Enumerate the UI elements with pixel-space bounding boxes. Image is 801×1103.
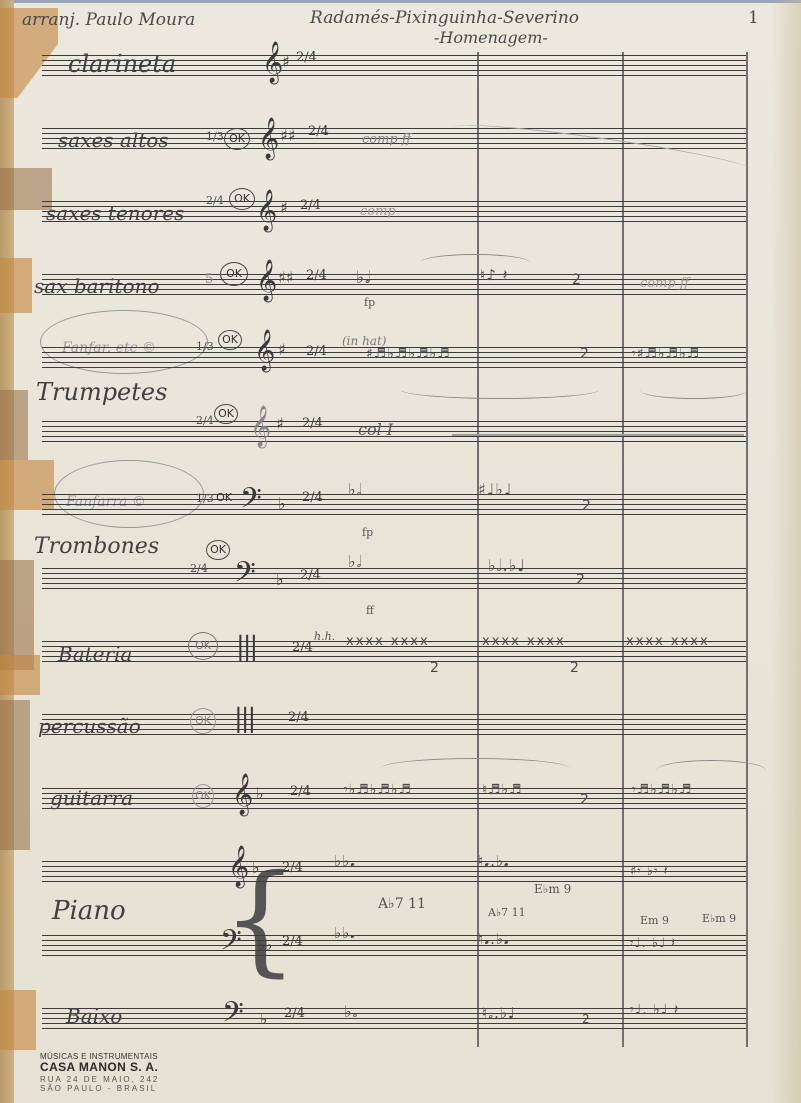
time-signature: 2/4 bbox=[300, 198, 321, 213]
key-signature: ♭ bbox=[256, 784, 264, 803]
instrument-label: saxes altos bbox=[58, 128, 169, 152]
publisher-name: CASA MANON S. A. bbox=[40, 1061, 159, 1075]
bass-clef-icon: 𝄢 bbox=[240, 482, 262, 522]
key-signature: ♯ bbox=[280, 198, 288, 217]
final-barline bbox=[746, 52, 748, 1047]
chord-symbol: A♭7 11 bbox=[488, 906, 526, 919]
ok-check-mark: OK bbox=[188, 632, 218, 660]
dynamic-marking: comp ff bbox=[362, 132, 411, 147]
continuation-line bbox=[452, 434, 744, 436]
instrument-label: Trumpetes bbox=[36, 378, 167, 406]
scan-border bbox=[0, 0, 801, 3]
time-signature: 2/4 bbox=[290, 784, 311, 799]
time-signature: 2/4 bbox=[292, 640, 313, 655]
ok-check-mark: OK bbox=[214, 490, 234, 506]
chord-symbol: Em 9 bbox=[640, 914, 669, 927]
instrument-label: Trombones bbox=[34, 534, 159, 559]
key-signature: ♭ bbox=[276, 570, 284, 589]
treble-clef-icon: 𝄞 bbox=[258, 118, 279, 160]
instrument-label: saxes tenores bbox=[46, 201, 184, 225]
instrument-label: guitarra bbox=[50, 786, 133, 810]
chord: ♯♩♭♩ bbox=[478, 480, 512, 499]
chord: ♭𝅗𝅥 bbox=[348, 480, 363, 500]
staff-percussao bbox=[42, 714, 746, 736]
key-signature: ♭ bbox=[252, 858, 260, 877]
slur bbox=[656, 760, 766, 781]
notes-run: ♯♬♭♬♭♬♭♬ bbox=[366, 346, 451, 362]
dynamic-marking: comp ff bbox=[640, 276, 689, 291]
chord: ♭𝅗𝅥 bbox=[348, 552, 363, 572]
treble-clef-icon: 𝄞 bbox=[250, 406, 271, 448]
slur bbox=[640, 382, 748, 399]
chord-symbol: E♭m 9 bbox=[534, 882, 571, 896]
staff-trumpete-2 bbox=[42, 421, 746, 443]
staff-trombone-2 bbox=[42, 568, 746, 590]
half-rest: 2 bbox=[580, 792, 590, 808]
publisher-imprint: MÚSICAS E INSTRUMENTAIS CASA MANON S. A.… bbox=[40, 1052, 159, 1093]
player-numbers: 2/4 bbox=[206, 194, 224, 207]
time-signature: 2/4 bbox=[296, 50, 317, 65]
notes-run: 𝄾♯♬♭♬♭♬ bbox=[632, 346, 700, 362]
hihat-pattern: xxxx xxxx bbox=[482, 634, 566, 649]
half-rest: 2 bbox=[582, 1012, 591, 1026]
time-signature: 2/4 bbox=[300, 568, 321, 583]
key-signature: ♯♯ bbox=[280, 126, 295, 145]
instrument-label: Piano bbox=[52, 896, 126, 926]
instrument-label: sax baritono bbox=[34, 274, 160, 298]
binding-edge bbox=[0, 0, 14, 1103]
time-signature: 2/4 bbox=[302, 416, 323, 431]
ok-check-mark: OK bbox=[214, 404, 238, 424]
dynamic-marking: comp bbox=[360, 204, 396, 219]
dynamic-marking: fp bbox=[364, 296, 375, 309]
key-signature: ♯♯ bbox=[278, 268, 293, 287]
tape-strip bbox=[0, 390, 28, 460]
time-signature: 2/4 bbox=[306, 344, 327, 359]
notes: ♮♪ 𝄽 bbox=[480, 266, 508, 284]
percussion-clef-icon: ||| bbox=[234, 704, 254, 734]
note: ♭𝅗 bbox=[344, 1002, 359, 1022]
bass-clef-icon: 𝄢 bbox=[220, 924, 242, 964]
score-page: arranj. Paulo Moura Radamés-Pixinguinha-… bbox=[0, 0, 801, 1103]
chord: ♮𝅘.♭𝅘 bbox=[478, 852, 510, 870]
half-rest: 2 bbox=[580, 346, 590, 362]
half-rest: 2 bbox=[576, 572, 586, 588]
notes: ♭𝅗𝅥 bbox=[356, 268, 371, 288]
tape-strip bbox=[0, 655, 40, 695]
key-signature: ♯ bbox=[282, 52, 290, 71]
time-signature: 2/4 bbox=[302, 490, 323, 505]
key-signature: ♭ bbox=[260, 1010, 267, 1028]
ok-check-mark: OK bbox=[190, 708, 216, 734]
treble-clef-icon: 𝄞 bbox=[254, 330, 275, 372]
tape-strip bbox=[0, 700, 30, 850]
page-edge-shadow bbox=[771, 0, 801, 1103]
chord-symbol: A♭7 11 bbox=[378, 896, 426, 912]
time-signature: 2/4 bbox=[306, 268, 327, 283]
instrument-label: percussão bbox=[38, 714, 141, 738]
instrument-label: clarineta bbox=[68, 50, 176, 78]
treble-clef-icon: 𝄞 bbox=[256, 190, 277, 232]
player-numbers: 5 bbox=[205, 272, 213, 287]
ok-check-mark: OK bbox=[206, 540, 230, 560]
notes-run: 𝄾♬♭♬♭♬ bbox=[632, 782, 693, 798]
time-signature: 2/4 bbox=[282, 934, 303, 949]
tape-strip bbox=[0, 258, 32, 313]
piece-subtitle: -Homenagem- bbox=[434, 28, 548, 47]
page-number: 1 bbox=[748, 8, 759, 28]
time-signature: 2/4 bbox=[288, 710, 309, 725]
slur bbox=[420, 254, 530, 271]
half-rest: 2 bbox=[582, 498, 592, 514]
chord: ♯𝄾 ♭𝄾 𝄽 bbox=[630, 864, 669, 879]
percussion-clef-icon: ||| bbox=[236, 632, 256, 662]
ok-check-mark: OK bbox=[220, 262, 248, 286]
hihat-pattern: xxxx xxxx bbox=[626, 634, 710, 649]
chord: ♮𝅘.♭𝅘 bbox=[478, 930, 510, 948]
publisher-city: SÃO PAULO - BRASIL bbox=[40, 1084, 159, 1093]
chord: ♭♭𝅘 bbox=[334, 924, 356, 942]
hihat-pattern: xxxx xxxx bbox=[346, 634, 430, 649]
key-signature: ♭ bbox=[278, 494, 286, 513]
col-marking: col I bbox=[358, 420, 393, 439]
chord-symbol: E♭m 9 bbox=[702, 912, 736, 925]
notes: 𝄾♩. ♭♩ 𝄽 bbox=[630, 1002, 679, 1018]
notes-run: 𝄾♭♬♭♬♭♬ bbox=[344, 782, 412, 798]
ok-check-mark: OK bbox=[229, 188, 255, 210]
tape-strip bbox=[0, 990, 36, 1050]
half-rest: 2 bbox=[572, 272, 582, 288]
ok-check-mark: OK bbox=[224, 128, 250, 150]
chord: ♭♭𝅘 bbox=[334, 852, 356, 870]
dynamic-marking: fp bbox=[362, 526, 373, 539]
player-numbers: 1/3 bbox=[206, 130, 224, 143]
arranger-credit: arranj. Paulo Moura bbox=[22, 10, 195, 30]
ok-check-mark: OK bbox=[192, 784, 214, 808]
time-signature: 2/4 bbox=[284, 1006, 305, 1021]
treble-clef-icon: 𝄞 bbox=[228, 846, 249, 888]
bass-clef-icon: 𝄢 bbox=[222, 996, 244, 1036]
notes: ♮𝅗.♭♩ bbox=[482, 1004, 516, 1022]
instrument-label: Baixo bbox=[66, 1004, 122, 1028]
dynamic-marking: ff bbox=[366, 604, 374, 617]
key-signature: ♯ bbox=[276, 414, 284, 433]
instrument-label: Bateria bbox=[58, 642, 132, 666]
treble-clef-icon: 𝄞 bbox=[256, 260, 277, 302]
treble-clef-icon: 𝄞 bbox=[262, 42, 283, 84]
time-signature: 2/4 bbox=[282, 860, 303, 875]
key-signature: ♯ bbox=[278, 340, 286, 359]
bass-clef-icon: 𝄢 bbox=[234, 556, 256, 596]
chord: ♭𝅗𝅥.♭♩ bbox=[488, 556, 526, 576]
publisher-address: RUA 24 DE MAIO, 242 bbox=[40, 1075, 159, 1084]
treble-clef-icon: 𝄞 bbox=[232, 774, 253, 816]
time-signature: 2/4 bbox=[308, 124, 329, 139]
player-numbers: 2/4 bbox=[196, 414, 214, 427]
key-signature: ♭♭ bbox=[258, 936, 272, 954]
player-numbers: 2/4 bbox=[190, 562, 208, 575]
piece-title: Radamés-Pixinguinha-Severino bbox=[310, 8, 579, 28]
slur bbox=[400, 380, 600, 399]
half-rest: 2 bbox=[430, 660, 440, 676]
slur bbox=[380, 758, 570, 779]
tape-strip bbox=[0, 560, 34, 670]
player-numbers: 1/3 bbox=[196, 492, 214, 505]
chord: 𝄾♩. ♭♩ 𝄽 bbox=[630, 936, 676, 951]
player-numbers: 1/3 bbox=[196, 340, 214, 353]
notes-run: ♮♬♭♬ bbox=[482, 782, 523, 798]
ok-check-mark: OK bbox=[218, 330, 242, 350]
staff-trombone-1 bbox=[42, 494, 746, 516]
hihat-marking: h.h. bbox=[314, 630, 335, 643]
half-rest: 2 bbox=[570, 660, 580, 676]
